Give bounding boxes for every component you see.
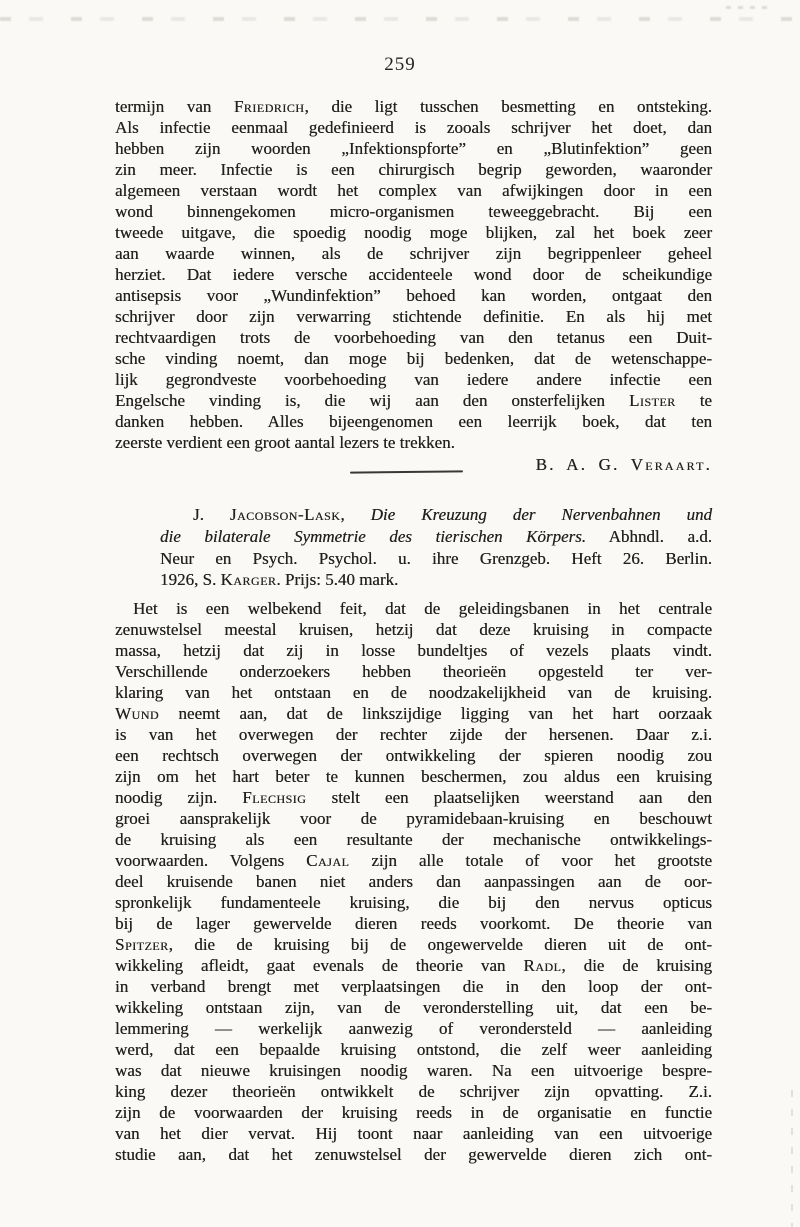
text-line: tweede uitgave, die spoedig noodig moge …: [115, 222, 712, 243]
text-line: 1926, S. Karger. Prijs: 5.40 mark.: [160, 569, 712, 591]
text-line: wond binnengekomen micro-organismen tewe…: [115, 201, 712, 222]
small-caps-name: Radl: [523, 956, 561, 975]
text-line: zenuwstelsel meestal kruisen, hetzij dat…: [115, 619, 712, 640]
text-line: is van het overwegen der rechter zijde d…: [115, 724, 712, 745]
small-caps-name: Jacobson-Lask: [230, 505, 341, 524]
text-line: klaring van het ontstaan en de noodzakel…: [115, 682, 712, 703]
text-line: de kruising als een resultante der mecha…: [115, 829, 712, 850]
text-line: noodig zijn. Flechsig stelt een plaatsel…: [115, 787, 712, 808]
text-line: was dat nieuwe kruisingen noodig waren. …: [115, 1060, 712, 1081]
text-line: een rechtsch overwegen der ontwikkeling …: [115, 745, 712, 766]
text-line: bij de lager gewervelde dieren reeds voo…: [115, 913, 712, 934]
text-line: van het dier vervat. Hij toont naar aanl…: [115, 1123, 712, 1144]
text-line: rechtvaardigen trots de voorbehoeding va…: [115, 327, 712, 348]
small-caps-name: Flechsig: [242, 788, 306, 807]
review-friedrich-section: termijn van Friedrich, die ligt tusschen…: [115, 96, 712, 475]
text-line: hebben zijn woorden „Infektionspforte” e…: [115, 138, 712, 159]
text-line: werd, dat een bepaalde kruising ontstond…: [115, 1039, 712, 1060]
small-caps-name: Cajal: [306, 851, 349, 870]
text-line: Neur en Psych. Psychol. u. ihre Grenzgeb…: [160, 548, 712, 570]
scan-artifact-top: [0, 17, 800, 21]
text-line: zijn om het hart beter te kunnen bescher…: [115, 766, 712, 787]
small-caps-name: Wund: [115, 704, 159, 723]
text-line: lijk gegrondveste voorbehoeding van iede…: [115, 369, 712, 390]
text-line: danken hebben. Alles bijeengenomen een l…: [115, 411, 712, 432]
small-caps-name: Spitzer: [115, 935, 169, 954]
scanned-journal-page: 259 termijn van Friedrich, die ligt tuss…: [0, 0, 800, 1227]
text-line: wikkeling afleidt, gaat evenals de theor…: [115, 955, 712, 976]
small-caps-name: Friedrich: [234, 97, 305, 116]
text-line: Spitzer, die de kruising bij de ongewerv…: [115, 934, 712, 955]
book-citation-block: J. Jacobson-Lask, Die Kreuzung der Nerve…: [160, 504, 712, 591]
text-line: Verschillende onderzoekers hebben theori…: [115, 661, 712, 682]
text-line: zijn de voorwaarden der kruising reeds i…: [115, 1102, 712, 1123]
text-line: king dezer theorieën ontwikkelt de schri…: [115, 1081, 712, 1102]
text-line: deel kruisende banen niet anders dan aan…: [115, 871, 712, 892]
text-line: antisepsis voor „Wundinfektion” behoed k…: [115, 285, 712, 306]
text-line: studie aan, dat het zenuwstelsel der gew…: [115, 1144, 712, 1165]
text-line: schrijver door zijn verwarring stichtend…: [115, 306, 712, 327]
text-line: spronkelijk fundamenteele kruising, die …: [115, 892, 712, 913]
text-line: voorwaarden. Volgens Cajal zijn alle tot…: [115, 850, 712, 871]
text-line: sche vinding noemt, dan moge bij bedenke…: [115, 348, 712, 369]
text-line: algemeen verstaan wordt het complex van …: [115, 180, 712, 201]
text-line: in verband brengt met verplaatsingen die…: [115, 976, 712, 997]
text-line: herziet. Dat iedere versche accidenteele…: [115, 264, 712, 285]
text-line: groei aansprakelijk voor de pyramidebaan…: [115, 808, 712, 829]
text-line: zeerste verdient een groot aantal lezers…: [115, 432, 712, 453]
small-caps-name: Karger: [220, 570, 276, 589]
text-line: wikkeling ontstaan zijn, van de veronder…: [115, 997, 712, 1018]
scan-artifact-corner: [726, 6, 772, 9]
text-line: Wund neemt aan, dat de linkszijdige ligg…: [115, 703, 712, 724]
text-line: zin meer. Infectie is een chirurgisch be…: [115, 159, 712, 180]
text-line: Als infectie eenmaal gedefinieerd is zoo…: [115, 117, 712, 138]
page-number: 259: [0, 54, 800, 76]
text-line: Het is een welbekend feit, dat de geleid…: [115, 598, 712, 619]
italic-title: Die Kreuzung der Nervenbahnen und: [371, 505, 712, 524]
text-line: lemmering — werkelijk aanwezig of verond…: [115, 1018, 712, 1039]
text-line: Engelsche vinding is, die wij aan den on…: [115, 390, 712, 411]
italic-title: die bilaterale Symmetrie des tierischen …: [160, 527, 586, 546]
text-line: aan waarde winnen, als de schrijver zijn…: [115, 243, 712, 264]
review-friedrich-paragraph: termijn van Friedrich, die ligt tusschen…: [115, 96, 712, 453]
scan-artifact-right-edge: [791, 1090, 793, 1227]
text-line: massa, hetzij dat zij in losse bundeltje…: [115, 640, 712, 661]
text-line: J. Jacobson-Lask, Die Kreuzung der Nerve…: [160, 504, 712, 526]
text-line: die bilaterale Symmetrie des tierischen …: [160, 526, 712, 548]
text-line: termijn van Friedrich, die ligt tusschen…: [115, 96, 712, 117]
review-jacobson-paragraph: Het is een welbekend feit, dat de geleid…: [115, 598, 712, 1165]
small-caps-name: Lister: [629, 391, 676, 410]
